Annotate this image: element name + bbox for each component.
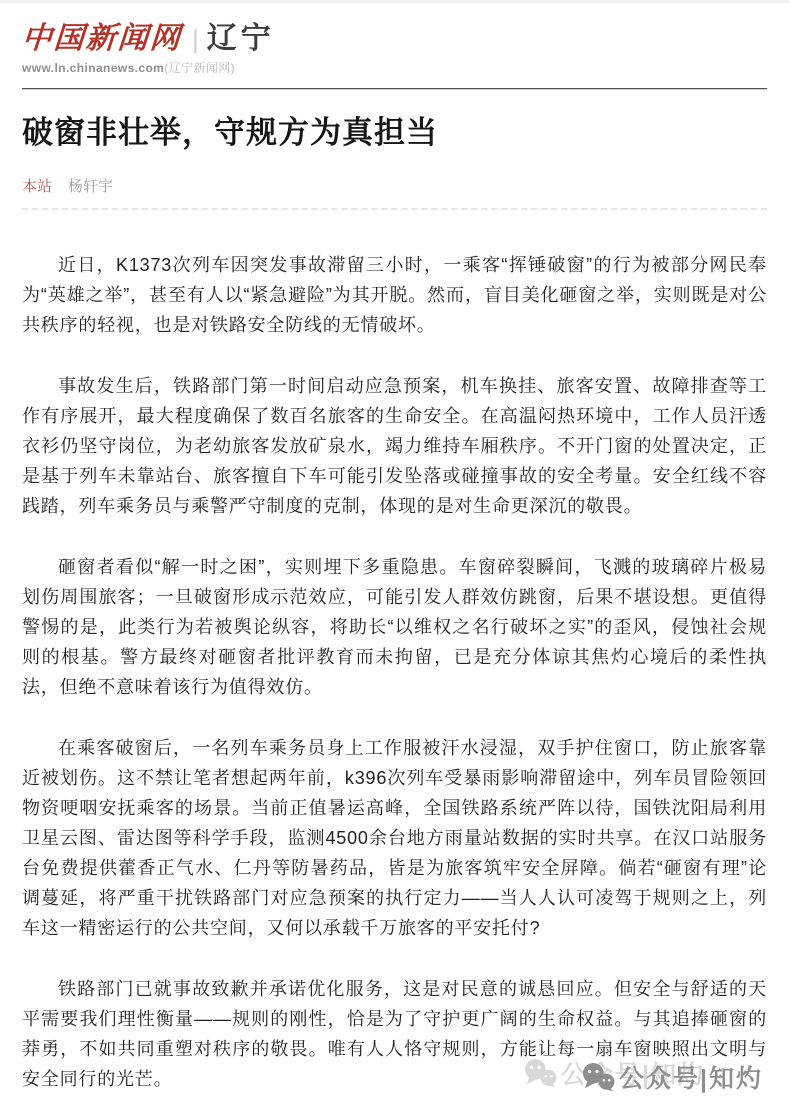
logo-divider: | [192, 24, 199, 55]
article-title: 破窗非壮举，守规方为真担当 [22, 114, 767, 151]
site-logo: 中国新闻网 | 辽宁 [22, 13, 767, 57]
article-paragraph: 在乘客破窗后，一名列车乘务员身上工作服被汗水浸湿，双手护住窗口，防止旅客靠近被划… [22, 733, 767, 943]
article-paragraph: 铁路部门已就事故致歉并承诺优化服务，这是对民意的诚恳回应。但安全与舒适的天平需要… [22, 974, 767, 1094]
site-url-main: www.ln.chinanews.com [22, 61, 164, 75]
site-header: 中国新闻网 | 辽宁 www.ln.chinanews.com(辽宁新闻网) [22, 3, 767, 90]
site-url: www.ln.chinanews.com(辽宁新闻网) [22, 59, 767, 76]
logo-region-liaoning: 辽宁 [207, 13, 275, 57]
logo-chinanews: 中国新闻网 [20, 13, 183, 57]
article-paragraph: 砸窗者看似“解一时之困”，实则埋下多重隐患。车窗碎裂瞬间，飞溅的玻璃碎片极易划伤… [22, 552, 767, 702]
article-paragraph: 事故发生后，铁路部门第一时间启动应急预案，机车换挂、旅客安置、故障排查等工作有序… [22, 371, 767, 521]
byline-dashed-divider [22, 208, 767, 210]
byline: 本站 杨轩宇 [22, 175, 767, 196]
article-page: 中国新闻网 | 辽宁 www.ln.chinanews.com(辽宁新闻网) 破… [0, 3, 789, 1107]
byline-author: 杨轩宇 [68, 175, 113, 196]
article-paragraph: 近日，K1373次列车因突发事故滞留三小时，一乘客“挥锤破窗”的行为被部分网民奉… [22, 250, 767, 340]
header-divider-line [22, 88, 767, 90]
site-url-suffix: (辽宁新闻网) [164, 61, 235, 75]
article-body: 近日，K1373次列车因突发事故滞留三小时，一乘客“挥锤破窗”的行为被部分网民奉… [22, 250, 767, 1094]
byline-source: 本站 [22, 175, 52, 196]
